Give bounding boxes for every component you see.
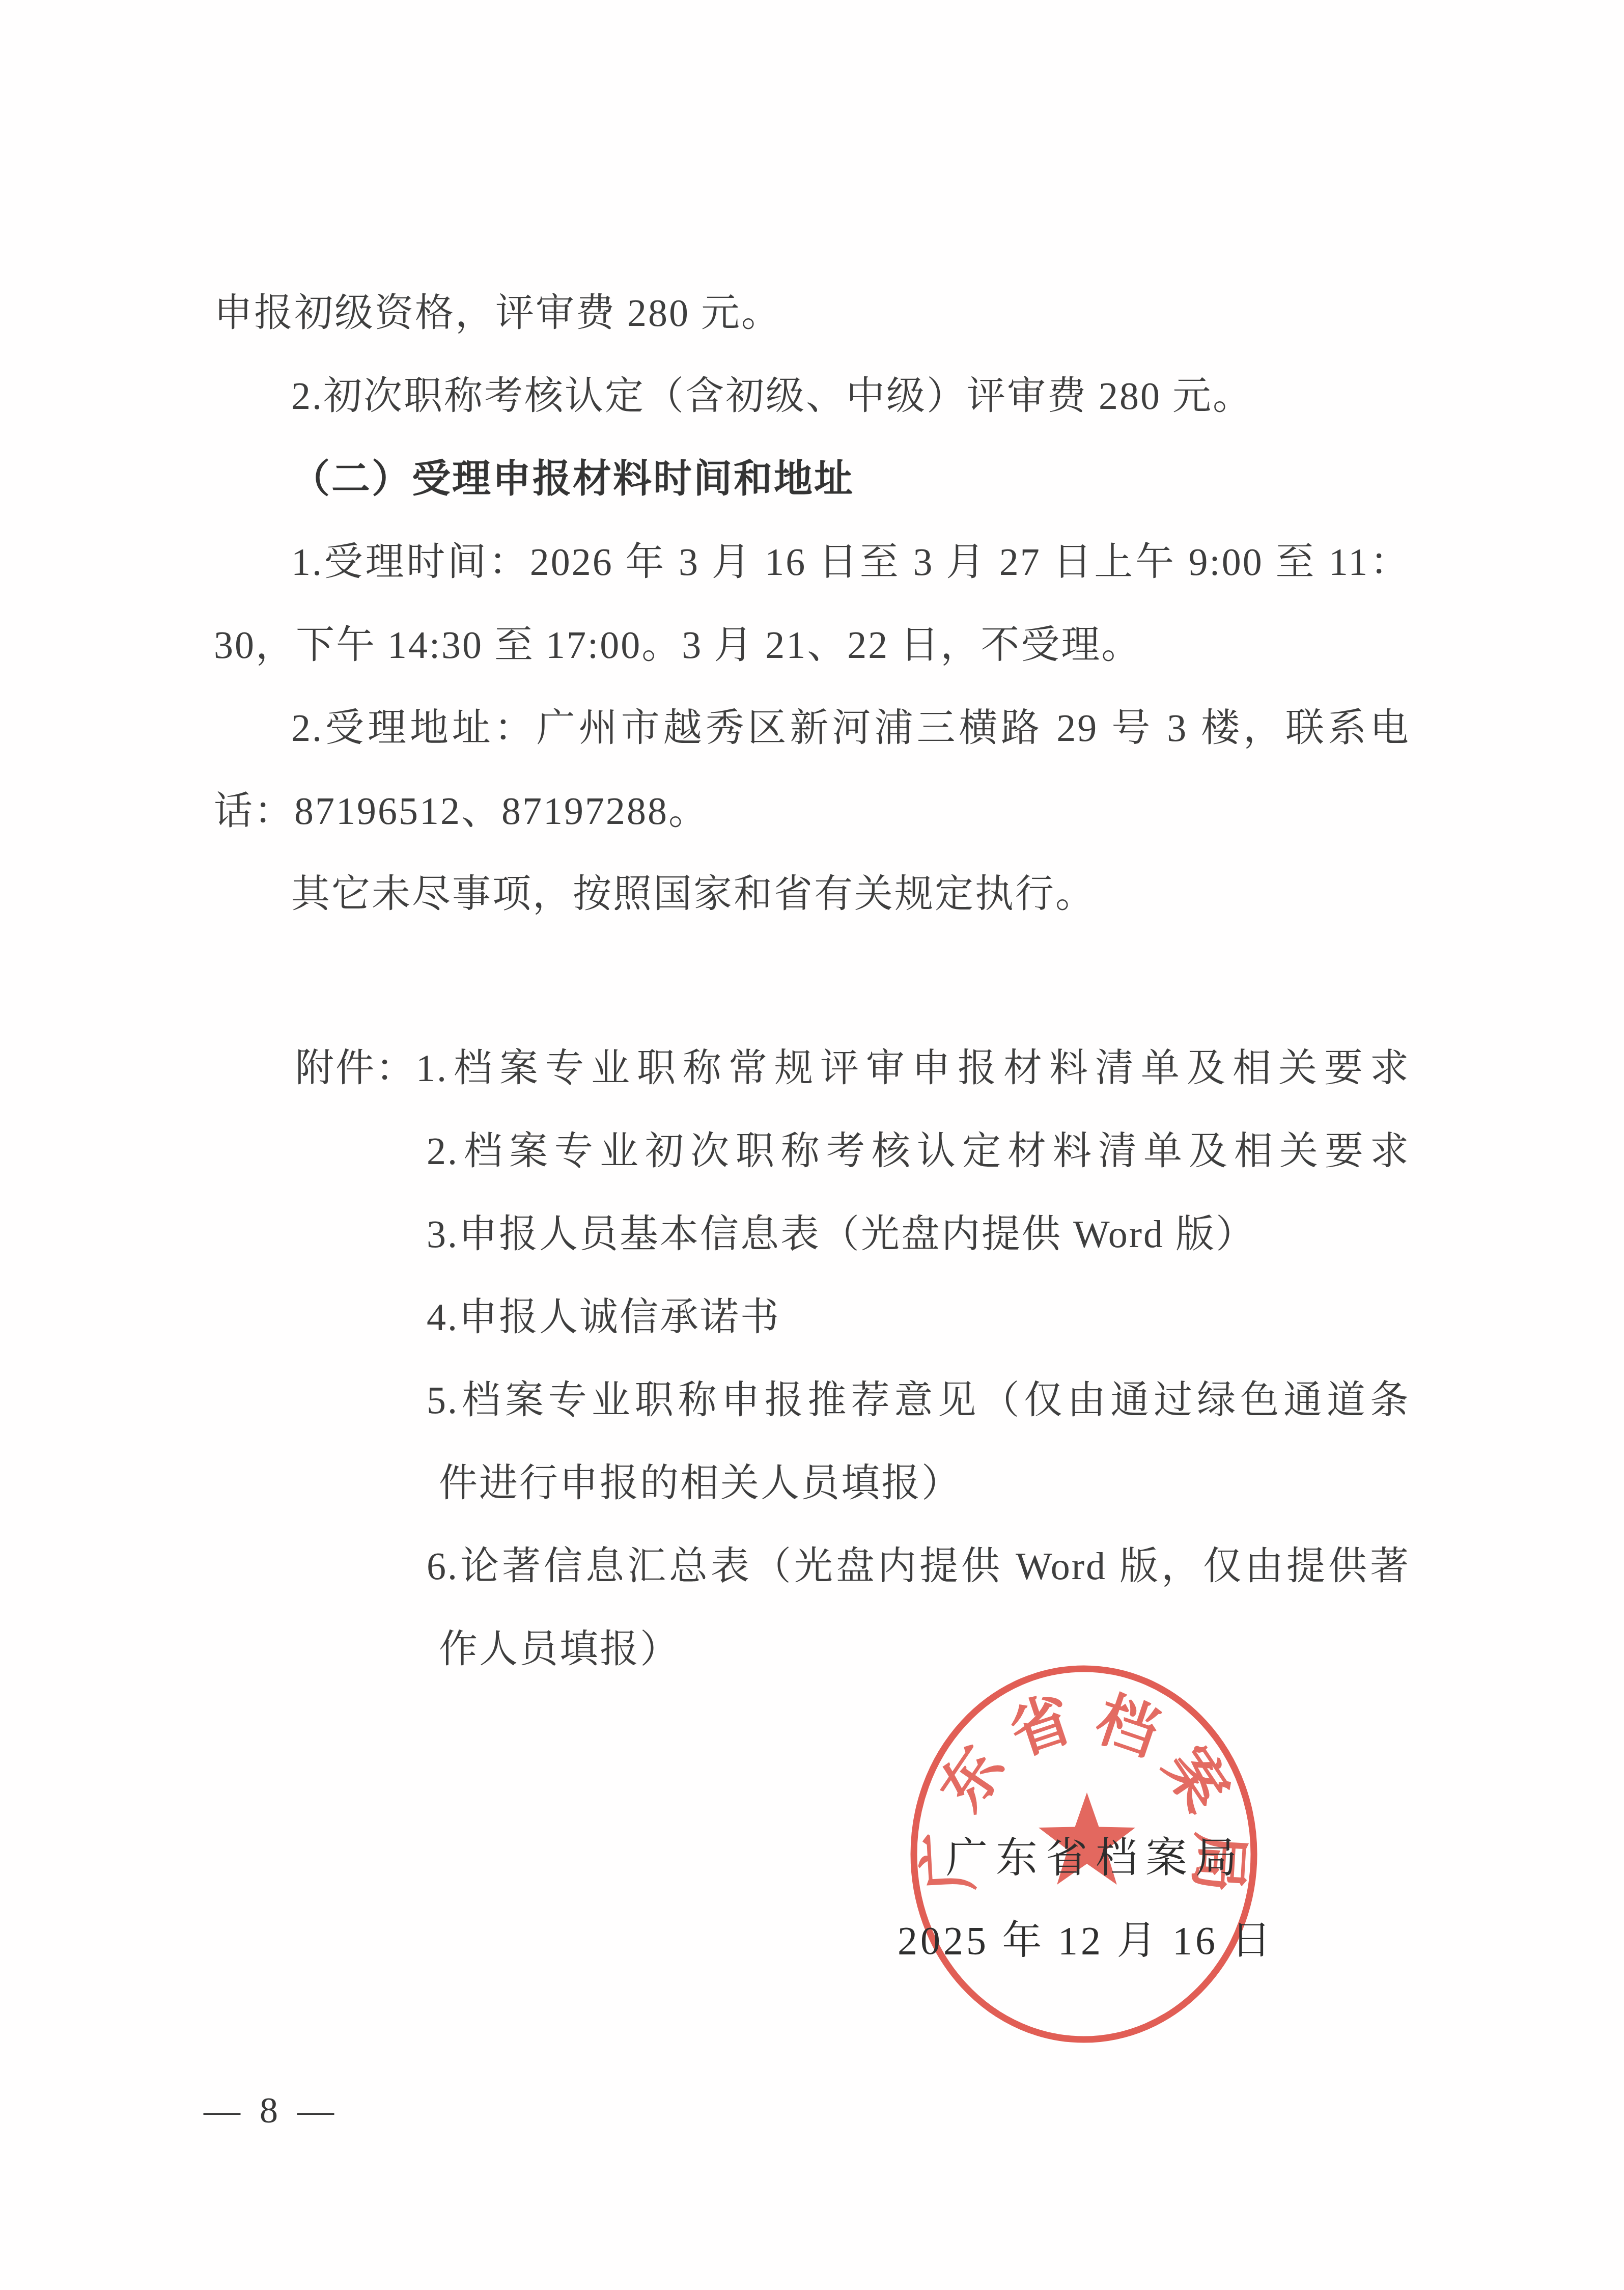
attachment-item: 5.档案专业职称申报推荐意见（仅由通过绿色通道条 — [427, 1359, 1410, 1442]
attachment-row: 附件： 1.档案专业职称常规评审申报材料清单及相关要求 — [214, 1027, 1410, 1110]
attachment-item: 6.论著信息汇总表（光盘内提供 Word 版，仅由提供著 — [427, 1525, 1410, 1608]
attachment-item-continuation: 件进行申报的相关人员填报） — [439, 1442, 1410, 1525]
section-heading: （二）受理申报材料时间和地址 — [214, 438, 1410, 521]
text-line: 2.初次职称考核认定（含初级、中级）评审费 280 元。 — [214, 355, 1410, 438]
attachments-label: 附件： — [295, 1027, 416, 1110]
attachments-list: 附件： 1.档案专业职称常规评审申报材料清单及相关要求 2.档案专业初次职称考核… — [214, 1027, 1410, 1691]
attachment-item: 3.申报人员基本信息表（光盘内提供 Word 版） — [427, 1193, 1410, 1276]
page-number: — 8 — — [204, 2089, 339, 2132]
issuing-agency: 广东省档案局 — [946, 1825, 1245, 1884]
text-line: 话：87196512、87197288。 — [214, 770, 1410, 853]
text-line: 其它未尽事项，按照国家和省有关规定执行。 — [214, 853, 1410, 936]
document-page: 申报初级资格，评审费 280 元。 2.初次职称考核认定（含初级、中级）评审费 … — [0, 0, 1624, 2290]
text-line: 申报初级资格，评审费 280 元。 — [214, 272, 1410, 355]
text-line: 1.受理时间：2026 年 3 月 16 日至 3 月 27 日上午 9:00 … — [214, 521, 1410, 604]
attachment-item: 1.档案专业职称常规评审申报材料清单及相关要求 — [416, 1027, 1410, 1110]
text-line: 2.受理地址：广州市越秀区新河浦三横路 29 号 3 楼，联系电 — [214, 687, 1410, 770]
document-body: 申报初级资格，评审费 280 元。 2.初次职称考核认定（含初级、中级）评审费 … — [214, 272, 1410, 936]
issue-date: 2025 年 12 月 16 日 — [898, 1909, 1274, 1966]
attachment-item: 4.申报人诚信承诺书 — [427, 1276, 1410, 1359]
text-line: 30，下午 14:30 至 17:00。3 月 21、22 日，不受理。 — [214, 604, 1410, 687]
attachment-item: 2.档案专业初次职称考核认定材料清单及相关要求 — [427, 1110, 1410, 1193]
